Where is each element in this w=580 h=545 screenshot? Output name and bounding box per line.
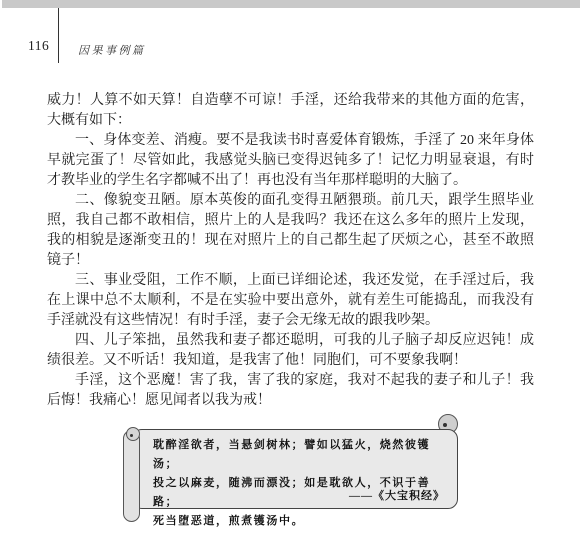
page-number: 116 (28, 38, 49, 54)
book-page: 116 因果事例篇 威力！人算不如天算！自造孽不可谅！手淫，还给我带来的其他方面… (0, 0, 580, 545)
scroll-roll-icon (123, 430, 140, 522)
quote-scroll-banner: 耽醉淫欲者，当悬剑树林；譬如以猛火，烧然彼镬汤； 投之以麻麦，随沸而漂没；如是耽… (108, 413, 473, 538)
body-text-block: 威力！人算不如天算！自造孽不可谅！手淫，还给我带来的其他方面的危害，大概有如下：… (47, 91, 534, 411)
scroll-roll-cap-icon (126, 427, 140, 441)
scroll-body: 耽醉淫欲者，当悬剑树林；譬如以猛火，烧然彼镬汤； 投之以麻麦，随沸而漂没；如是耽… (132, 429, 458, 509)
body-paragraph: 手淫，这个恶魔！害了我，害了我的家庭，我对不起我的妻子和儿子！我后悔！我痛心！愿… (47, 371, 534, 411)
body-paragraph: 四、儿子笨拙，虽然我和妻子都还聪明，可我的儿子脑子却反应迟钝！成绩很差。又不听话… (47, 331, 534, 371)
sutra-quote-line: 死当堕恶道，煎煮镬汤中。 (153, 512, 449, 531)
body-paragraph: 一、身体变差、消瘦。要不是我读书时喜爱体育锻炼，手淫了 20 来年身体早就完蛋了… (47, 131, 534, 191)
scan-edge-bar (2, 0, 580, 8)
sutra-quote: 耽醉淫欲者，当悬剑树林；譬如以猛火，烧然彼镬汤； 投之以麻麦，随沸而漂没；如是耽… (153, 436, 449, 531)
sutra-quote-line: 耽醉淫欲者，当悬剑树林；譬如以猛火，烧然彼镬汤； (153, 436, 449, 474)
body-paragraph: 二、像貌变丑陋。原本英俊的面孔变得丑陋猥琐。前几天，跟学生照毕业照，我自己都不敢… (47, 191, 534, 271)
sutra-attribution: ——《大宝积经》 (349, 487, 445, 503)
header-divider (58, 8, 59, 63)
body-paragraph: 三、事业受阻，工作不顺，上面已详细论述，我还发觉，在手淫过后，我在上课中总不太顺… (47, 271, 534, 331)
running-head-chapter-title: 因果事例篇 (78, 42, 146, 58)
body-paragraph: 威力！人算不如天算！自造孽不可谅！手淫，还给我带来的其他方面的危害，大概有如下： (47, 91, 534, 131)
